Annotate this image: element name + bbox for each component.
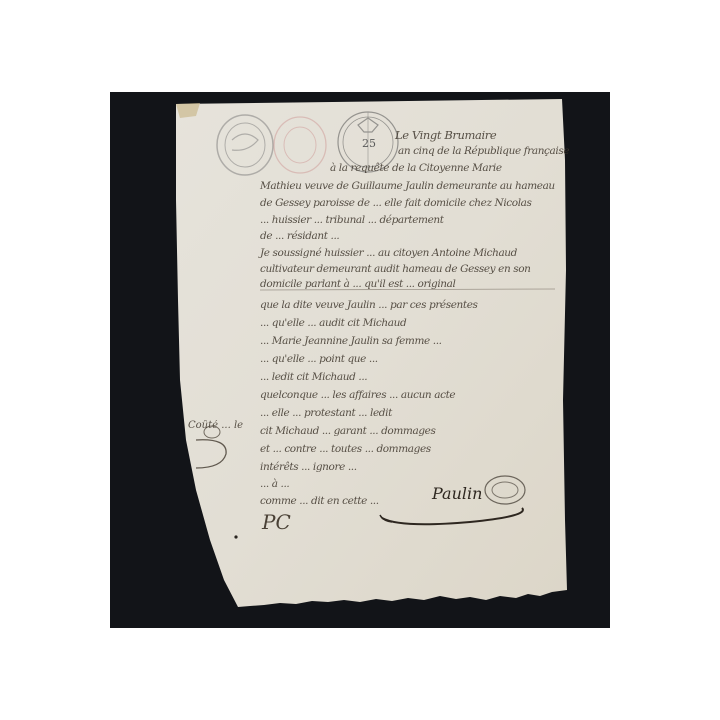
text-line: Mathieu veuve de Guillaume Jaulin demeur… bbox=[260, 180, 555, 192]
text-line: cultivateur demeurant audit hameau de Ge… bbox=[260, 263, 531, 275]
text-line: ... qu'elle ... point que ... bbox=[260, 353, 378, 365]
document-paper: 25 Le Vingt Brumaire an cinq de la Répub… bbox=[0, 0, 720, 720]
text-line: Je soussigné huissier ... au citoyen Ant… bbox=[260, 247, 517, 259]
text-line: ... Marie Jeannine Jaulin sa femme ... bbox=[260, 335, 442, 347]
text-line: an cinq de la République française bbox=[398, 145, 569, 157]
text-line: ... à ... bbox=[260, 478, 289, 490]
text-line: ... qu'elle ... audit cit Michaud bbox=[260, 317, 406, 329]
text-line: domicile parlant à ... qu'il est ... ori… bbox=[260, 278, 456, 290]
document-heading: Le Vingt Brumaire bbox=[395, 128, 496, 142]
text-line: quelconque ... les affaires ... aucun ac… bbox=[260, 389, 455, 401]
text-line: que la dite veuve Jaulin ... par ces pré… bbox=[260, 299, 478, 311]
text-line: ... elle ... protestant ... ledit bbox=[260, 407, 392, 419]
text-line: ... huissier ... tribunal ... départemen… bbox=[260, 214, 444, 226]
text-line: cit Michaud ... garant ... dommages bbox=[260, 425, 435, 437]
margin-note: Coûté ... le bbox=[188, 420, 243, 431]
text-line: intérêts ... ignore ... bbox=[260, 461, 357, 473]
tax-stamp-value: 25 bbox=[362, 137, 376, 150]
signature: Paulin bbox=[432, 484, 482, 503]
text-line: de Gessey paroisse de ... elle fait domi… bbox=[260, 197, 532, 209]
text-line: de ... résidant ... bbox=[260, 230, 339, 242]
text-line: et ... contre ... toutes ... dommages bbox=[260, 443, 431, 455]
initials: PC bbox=[262, 510, 291, 534]
text-line: à la requête de la Citoyenne Marie bbox=[330, 162, 502, 174]
text-line: ... ledit cit Michaud ... bbox=[260, 371, 367, 383]
text-line: comme ... dit en cette ... bbox=[260, 495, 379, 507]
